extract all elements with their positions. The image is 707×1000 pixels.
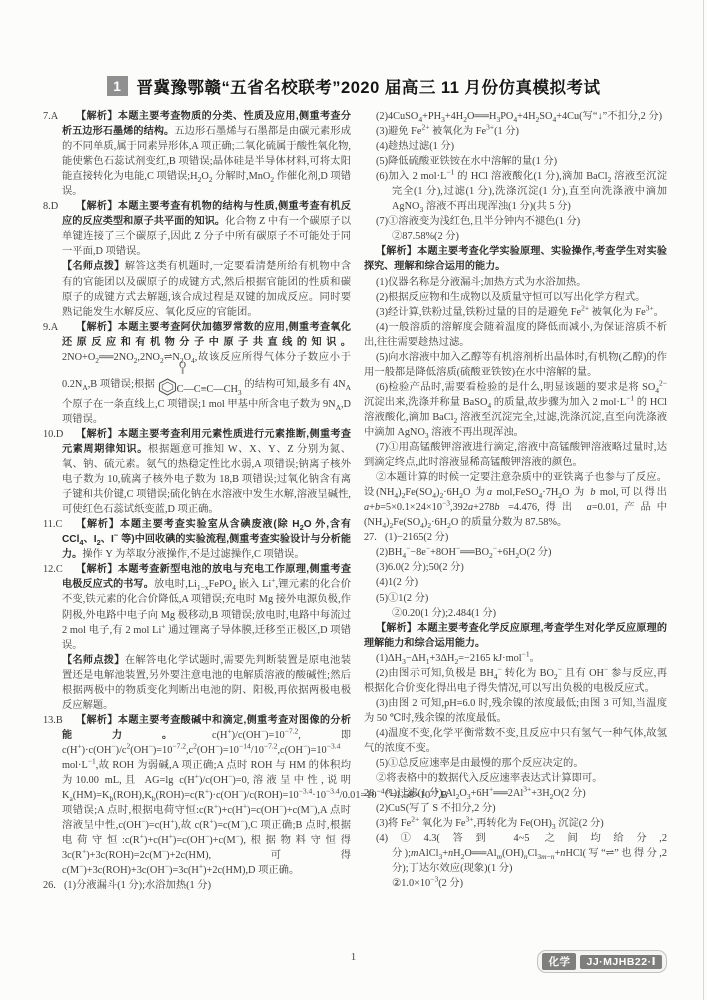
answer-paragraph: (3)由图 2 可知,pH=6.0 时,残余镍的浓度最低;由图 3 可知,当温度… (364, 696, 667, 726)
answer-paragraph: (6)加入 2 mol·L−1 的 HCl 溶液酸化(1 分),滴加 BaCl2… (392, 169, 667, 214)
item-text: 【解析】本题主要考查有机物的结构与性质,侧重考查有机反应的反应类型和原子共平面的… (62, 199, 351, 259)
benzene-ring-icon (158, 378, 177, 396)
answer-paragraph: (4)①4.3(答到 4~5 之间均给分,2 分);mAlCl3+nH2O══A… (392, 831, 667, 876)
item-number: 7.A (43, 109, 58, 124)
answer-paragraph: (3)6.0(2 分);50(2 分) (392, 560, 667, 575)
item-number: 11.C (43, 517, 62, 532)
answer-paragraph: (7)①用高锰酸钾溶液进行滴定,溶液中高锰酸钾溶液略过量时,达到滴定终点,此时溶… (364, 440, 667, 470)
answer-paragraph: ②87.58%(2 分) (392, 229, 667, 244)
answer-paragraph: (5)①总反应速率是由最慢的那个反应决定的。 (364, 756, 667, 771)
item-number: 26. (43, 878, 56, 893)
item-number: 27. (364, 530, 377, 545)
answer-paragraph: (2)BH4−−8e−+8OH−══BO2−+6H2O(2 分) (392, 545, 667, 560)
answer-paragraph: (1)仪器名称是分液漏斗;加热方式为水浴加热。 (364, 275, 667, 290)
answer-paragraph: ②将表格中的数据代入反应速率表达式计算即可。 (364, 771, 667, 786)
item-text: (1)分液漏斗(1 分);水浴加热(1 分) (64, 878, 351, 893)
page-title: 晋冀豫鄂赣“五省名校联考”2020 届高三 11 月份仿真模拟考试 (137, 74, 601, 98)
answer-paragraph: (5)①1(2 分) (392, 591, 667, 606)
item-text: 【解析】本题主要考查酸碱中和滴定,侧重考查对图像的分析能力。c(H+)/c(OH… (62, 713, 351, 879)
answer-paragraph: (6)检验产品时,需要看检验的是什么,明显该题的要求是将 SO42− 沉淀出来,… (364, 380, 667, 440)
subject-badge: 化学 (542, 953, 576, 970)
answer-paragraph: (1)ΔH3−ΔH1+3ΔH2=−2165 kJ·mol−1。 (364, 651, 667, 666)
item-text: 【解析】本题主要考查实验室从含碘废液(除 H2O 外,含有 CCl4、I2、I−… (62, 517, 351, 562)
answer-paragraph: (3)将 Fe2+ 氧化为 Fe3+,再转化为 Fe(OH)3 沉淀(2 分) (392, 816, 667, 831)
answer-paragraph: ②1.0×10−3(2 分) (392, 876, 667, 891)
footer-badges: 化学 JJ·MJHB22·Ⅰ (537, 950, 667, 973)
item-number: 8.D (43, 199, 58, 214)
answer-paragraph: 【名师点拨】解答这类有机题时,一定要看清楚所给有机物中含有的官能团以及碳原子的成… (62, 259, 351, 319)
answer-paragraph: (4)1(2 分) (392, 575, 667, 590)
item-text: 【解析】本题考查新型电池的放电与充电工作原理,侧重考查电极反应式的书写。放电时,… (62, 562, 351, 652)
scan-edge-line (703, 0, 704, 1000)
answer-paragraph: (5)降低硫酸亚铁铵在水中溶解的量(1 分) (392, 154, 667, 169)
answer-item: 10.D【解析】本题主要考查利用元素性质进行元素推断,侧重考查元素周期律知识。根… (43, 427, 351, 517)
right-column: (2)4CuSO4+PH3+4H2O══H3PO4+4H2SO4+4Cu(写“↓… (364, 109, 667, 893)
exam-number-badge: 1 (107, 76, 128, 96)
answer-paragraph: ②本题计算的时候一定要注意杂质中的亚铁离子也参与了反应。设(NH4)2Fe(SO… (364, 470, 667, 530)
item-number: 10.D (43, 427, 63, 442)
answer-paragraph: (5)向水溶液中加入乙醇等有机溶剂析出晶体时,有机物(乙醇)的作用一般都是降低溶… (364, 350, 667, 380)
answer-paragraph: (4)一般溶质的溶解度会随着温度的降低而减小,为保证溶质不析出,往往需要趁热过滤… (364, 320, 667, 350)
answer-paragraph: (4)温度不变,化学平衡常数不变,且反应中只有氢气一种气体,故氢气的浓度不变。 (364, 726, 667, 756)
item-text: 【解析】本题主要考查物质的分类、性质及应用,侧重考查分析五边形石墨烯的结构。五边… (62, 109, 351, 199)
answer-item: 28.(1)过滤(1 分);Al2O3+6H+══2Al3++3H2O(2 分) (364, 786, 667, 801)
item-number: 12.C (43, 562, 63, 577)
answer-item: 7.A【解析】本题主要考查物质的分类、性质及应用,侧重考查分析五边形石墨烯的结构… (43, 109, 351, 199)
answer-item: 8.D【解析】本题主要考查有机物的结构与性质,侧重考查有机反应的反应类型和原子共… (43, 199, 351, 259)
answer-item: 26.(1)分液漏斗(1 分);水浴加热(1 分) (43, 878, 351, 893)
answer-paragraph: 【名师点拨】在解答电化学试题时,需要先判断装置是原电池装置还是电解池装置,另外要… (62, 653, 351, 713)
answer-key-page: 1 晋冀豫鄂赣“五省名校联考”2020 届高三 11 月份仿真模拟考试 7.A【… (0, 0, 707, 1000)
carbonyl-oxygen: O‖ (177, 363, 189, 376)
answer-paragraph: (4)趁热过滤(1 分) (392, 139, 667, 154)
item-number: 9.A (43, 320, 58, 335)
answer-paragraph: (7)①溶液变为浅红色,且半分钟内不褪色(1 分) (392, 214, 667, 229)
item-text: (1)过滤(1 分);Al2O3+6H+══2Al3++3H2O(2 分) (385, 786, 667, 801)
answer-paragraph: (2)4CuSO4+PH3+4H2O══H3PO4+4H2SO4+4Cu(写“↓… (392, 109, 667, 124)
answer-item: 13.B【解析】本题主要考查酸碱中和滴定,侧重考查对图像的分析能力。c(H+)/… (43, 713, 351, 879)
answer-item: 11.C【解析】本题主要考查实验室从含碘废液(除 H2O 外,含有 CCl4、I… (43, 517, 351, 562)
answer-paragraph: (3)经计算,铁粉过量,铁粉过量的目的是避免 Fe2+ 被氧化为 Fe3+。 (364, 305, 667, 320)
answer-paragraph: (2)由图示可知,负极是 BH4− 转化为 BO2− 且有 OH− 参与反应,再… (364, 666, 667, 696)
item-text: 【解析】本题主要考查阿伏加德罗常数的应用,侧重考查氧化还原反应和有机物分子中原子… (62, 320, 351, 427)
answer-item: 12.C【解析】本题考查新型电池的放电与充电工作原理,侧重考查电极反应式的书写。… (43, 562, 351, 652)
answer-paragraph: 【解析】本题主要考查化学实验原理、实验操作,考查学生对实验探究、理解和综合运用的… (364, 244, 667, 274)
left-column: 7.A【解析】本题主要考查物质的分类、性质及应用,侧重考查分析五边形石墨烯的结构… (43, 109, 351, 893)
item-text: 【解析】本题主要考查利用元素性质进行元素推断,侧重考查元素周期律知识。根据题意可… (62, 427, 351, 517)
item-number: 13.B (43, 713, 63, 728)
paper-code-badge: JJ·MJHB22·Ⅰ (580, 955, 662, 969)
item-number: 28. (364, 786, 377, 801)
page-header: 1 晋冀豫鄂赣“五省名校联考”2020 届高三 11 月份仿真模拟考试 (0, 0, 707, 98)
organic-structure: O‖C—C≡C—CH3 (158, 365, 242, 397)
answer-paragraph: (3)避免 Fe2+ 被氧化为 Fe3+(1 分) (392, 124, 667, 139)
answer-paragraph: ②0.20(1 分);2.484(1 分) (392, 606, 667, 621)
answer-paragraph: (2)根据反应物和生成物以及质量守恒可以写出化学方程式。 (364, 290, 667, 305)
answer-columns: 7.A【解析】本题主要考查物质的分类、性质及应用,侧重考查分析五边形石墨烯的结构… (0, 98, 707, 893)
answer-paragraph: (2)CuS(写了 S 不扣分,2 分) (392, 801, 667, 816)
answer-paragraph: 【解析】本题主要考查化学反应原理,考查学生对化学反应原理的理解能力和综合运用能力… (364, 621, 667, 651)
answer-item: 9.A【解析】本题主要考查阿伏加德罗常数的应用,侧重考查氧化还原反应和有机物分子… (43, 320, 351, 427)
